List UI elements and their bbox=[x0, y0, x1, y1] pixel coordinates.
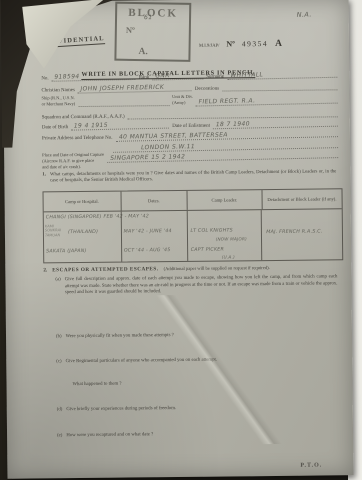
capture-label: Place and Date of Original Capture (Airc… bbox=[42, 153, 104, 170]
leader-row3: CAPT PICKER bbox=[191, 248, 224, 253]
header-camp-leader: Camp Leader. bbox=[187, 190, 262, 210]
question-2a-id: (a) bbox=[55, 277, 61, 297]
date-of-enlistment-label: Date of Enlistment bbox=[172, 123, 210, 129]
unit-div-label: Unit & Div. (Army) bbox=[172, 95, 193, 106]
decorations-value bbox=[222, 82, 337, 91]
surname-value: WHITTALL bbox=[227, 70, 337, 80]
row-christian-decorations: Christian Names JOHN JOSEPH FREDERICK De… bbox=[41, 82, 337, 93]
squadron-label: Squadron and Command (R.A.F., A.A.F.) bbox=[42, 114, 125, 120]
block-leader-row2: MAJ. FRENCH R.A.S.C. bbox=[266, 229, 322, 235]
header-camp-or-hospital: Camp or Hospital. bbox=[44, 192, 122, 212]
rank-label: Rank bbox=[139, 75, 150, 81]
ref-suffix: A bbox=[275, 39, 282, 49]
christian-names-label: Christian Names bbox=[41, 88, 75, 94]
question-2c-followup: What happened to them ? bbox=[72, 382, 121, 388]
decorations-label: Decorations bbox=[195, 86, 219, 92]
date-of-birth-label: Date of Birth bbox=[42, 125, 68, 131]
row-address: Private Address and Telephone No. 40 MAN… bbox=[42, 130, 338, 141]
block-number-stamp: BLOCK Nº 61 A. bbox=[114, 2, 191, 62]
capture-value: SINGAPORE 15 2 1942 bbox=[107, 150, 338, 163]
surname-label: Surname bbox=[206, 74, 224, 80]
no-value: 918594 bbox=[52, 72, 136, 82]
questionnaire-form-page: CONFIDENTIAL BLOCK Nº 61 A. M.I.9/JAP/ N… bbox=[3, 0, 354, 479]
no-label: No. bbox=[41, 76, 48, 82]
ship-value bbox=[78, 98, 169, 107]
section-2-number: 2. bbox=[43, 267, 47, 273]
date-of-enlistment-value: 18 7 1940 bbox=[213, 119, 338, 130]
question-2e-id: (e) bbox=[57, 433, 62, 440]
christian-names-value: JOHN JOSEPH FREDERICK bbox=[78, 83, 192, 93]
ref-number: 49354 bbox=[242, 39, 268, 48]
paper-crease bbox=[146, 294, 288, 445]
camp-row2-margin-notes: KAMI SONKRAI TAMUAN bbox=[45, 224, 61, 237]
section-2-note: (Additional paper will be supplied on re… bbox=[164, 265, 270, 271]
block-number-handwritten: 61 bbox=[144, 14, 152, 21]
question-2e-text: How were you recaptured and on what date… bbox=[66, 432, 153, 440]
camp-table-body: CHANGI (SINGAPORE) KAMI SONKRAI TAMUAN (… bbox=[44, 209, 343, 262]
ref-prefix: M.I.9/JAP/ bbox=[199, 43, 219, 48]
dates-row3: OCT '44 - AUG '45 bbox=[124, 248, 171, 253]
camp-table: Camp or Hospital. Dates. Camp Leader. De… bbox=[42, 188, 343, 263]
rank-value: GNR bbox=[152, 71, 203, 80]
row-capture: Place and Date of Original Capture (Airc… bbox=[42, 150, 338, 170]
col-dates: FEB '42 - MAY '42 MAY '42 - JUNE '44 OCT… bbox=[121, 211, 187, 262]
question-1-number: 1. bbox=[42, 172, 46, 185]
camp-row3: SAKATA (JAPAN) bbox=[46, 249, 87, 254]
question-2c-id: (c) bbox=[56, 359, 61, 366]
col-detachment-block-leader: MAJ. FRENCH R.A.S.C. bbox=[262, 209, 342, 260]
header-detachment-block-leader: Detachment or Block Leader (if any). bbox=[262, 189, 342, 209]
dates-row1: FEB '42 - MAY '42 bbox=[103, 214, 149, 219]
question-2d-id: (d) bbox=[57, 407, 63, 414]
date-of-birth-value: 19 4 1915 bbox=[71, 121, 169, 131]
block-stamp-suffix: A. bbox=[138, 47, 147, 57]
col-camp-leader: LT COL KNIGHTS (NOW MAJOR) CAPT PICKER (… bbox=[187, 210, 262, 261]
question-1: 1. What camps, detachments or hospitals … bbox=[42, 169, 336, 185]
page-turn-over-note: P.T.O. bbox=[300, 463, 322, 469]
camp-row1: CHANGI (SINGAPORE) bbox=[46, 215, 102, 221]
block-stamp-no-label: Nº bbox=[126, 25, 135, 35]
address-label: Private Address and Telephone No. bbox=[42, 135, 113, 141]
leader-row3-note: (U.A.) bbox=[222, 254, 235, 259]
dates-row2: MAY '42 - JUNE '44 bbox=[124, 229, 172, 235]
block-stamp-word: BLOCK bbox=[117, 7, 189, 20]
question-1-text: What camps, detachments or hospitals wer… bbox=[50, 169, 337, 185]
row-birth-enlistment: Date of Birth 19 4 1915 Date of Enlistme… bbox=[42, 119, 338, 130]
reference-number-line: M.I.9/JAP/ Nº 49354 A bbox=[199, 39, 282, 50]
leader-row2: LT COL KNIGHTS bbox=[190, 228, 232, 233]
header-dates: Dates. bbox=[121, 191, 188, 211]
leader-row2-note: (NOW MAJOR) bbox=[216, 236, 247, 241]
camp-row2: (THAILAND) bbox=[68, 230, 98, 235]
ref-no-label: Nº bbox=[226, 39, 235, 48]
row-no-rank-surname: No. 918594 Rank GNR Surname WHITTALL bbox=[41, 70, 337, 81]
question-2b-id: (b) bbox=[56, 334, 62, 341]
section-2-title: ESCAPES OR ATTEMPTED ESCAPES. bbox=[52, 266, 158, 273]
row-ship-unit: Ship (R.N., U.S.N. or Merchant Navy) Uni… bbox=[42, 93, 338, 107]
ship-label: Ship (R.N., U.S.N. or Merchant Navy) bbox=[42, 96, 76, 107]
unit-div-value: FIELD REGT. R.A. bbox=[196, 95, 338, 106]
na-handwritten-note: N.A. bbox=[297, 11, 312, 19]
section-2-heading: 2. ESCAPES OR ATTEMPTED ESCAPES. (Additi… bbox=[43, 264, 337, 273]
squadron-value bbox=[128, 109, 338, 119]
